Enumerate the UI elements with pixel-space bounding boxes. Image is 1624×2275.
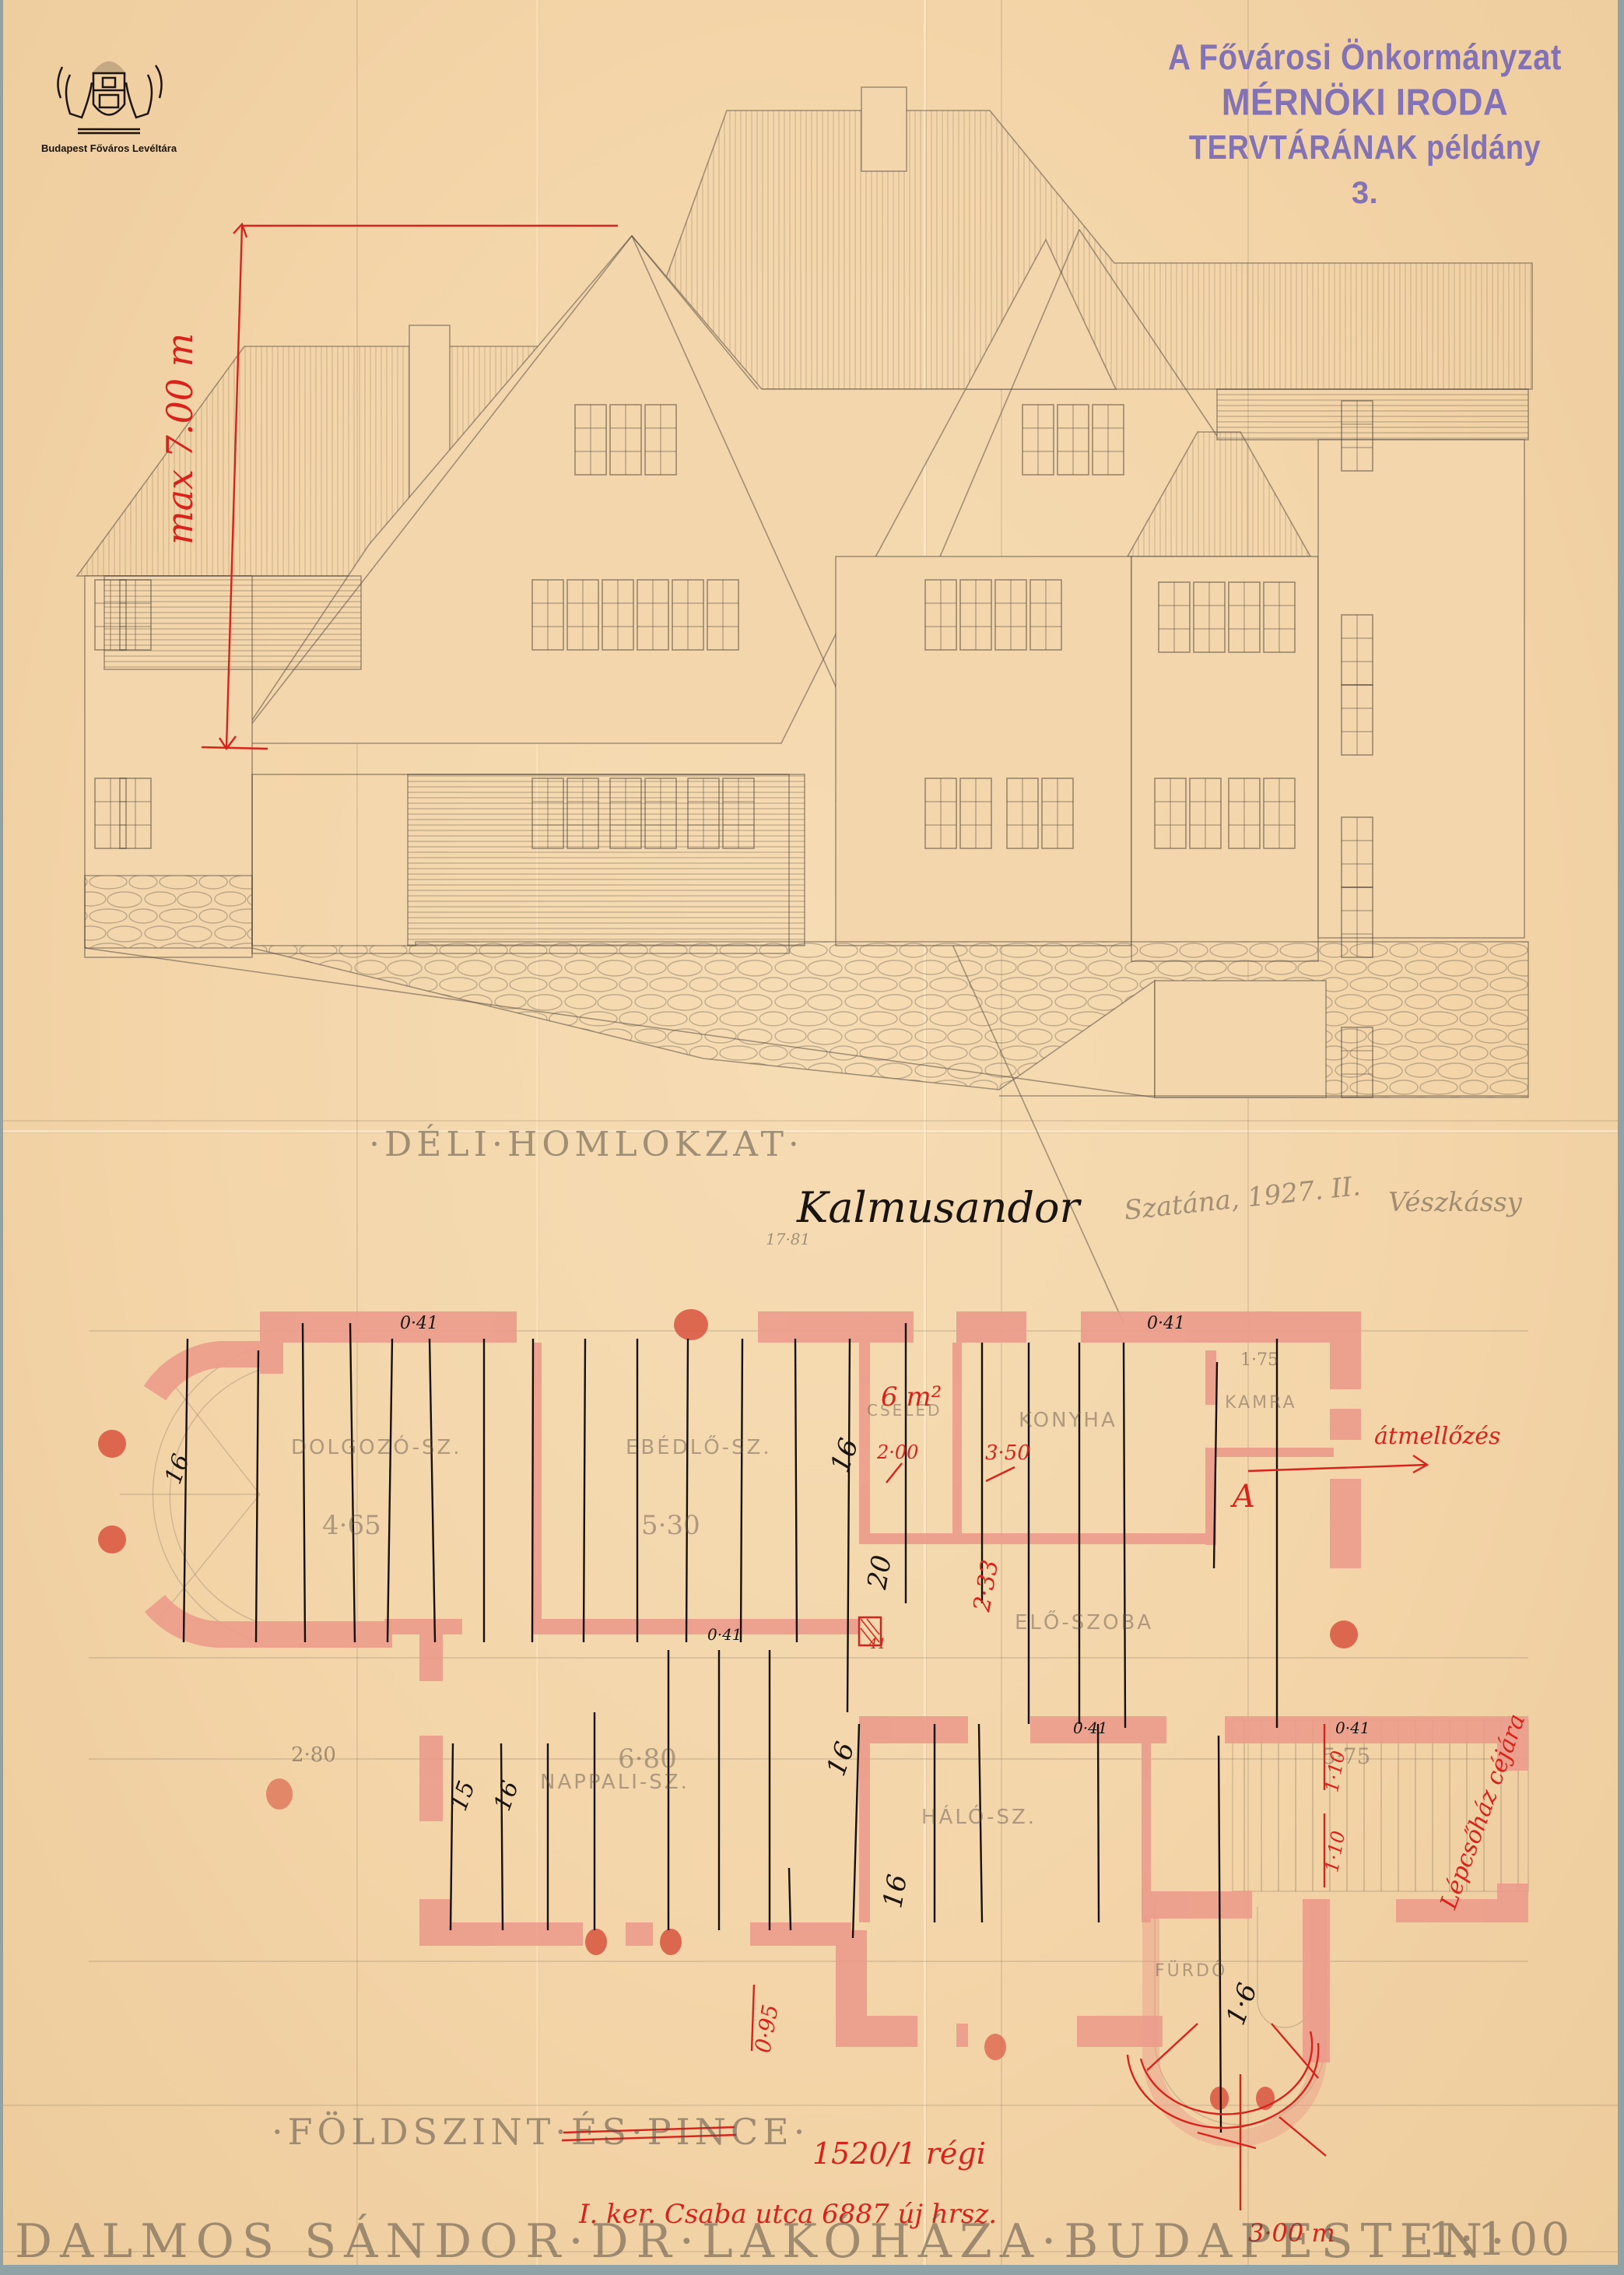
coat-of-arms-icon (47, 44, 171, 137)
wall-thickness-label: 0·41 (1335, 1719, 1370, 1737)
archive-logo: Budapest Főváros Levéltára (31, 44, 187, 154)
drawing-sheet: Budapest Főváros Levéltára A Fővárosi Ön… (3, 0, 1618, 2265)
beam-dimension: 20 (861, 1553, 898, 1592)
room-label-pantry: KAMRA (1225, 1393, 1297, 1413)
room-area-living: 6·80 (618, 1743, 677, 1775)
wall-thickness-label: 0·41 (1073, 1719, 1108, 1737)
section-marker: A (1233, 1479, 1255, 1515)
relocation-note: átmellőzés (1374, 1423, 1500, 1450)
approval-signature: Kalmusandor (797, 1183, 1079, 1232)
room-label-hall: ELŐ-SZOBA (1015, 1611, 1153, 1634)
stamp-line-3: TERVTÁRÁNAK példány (1116, 122, 1614, 174)
room-area-study: 4·65 (322, 1510, 381, 1541)
architect-signature: Vészkássy (1388, 1187, 1522, 1218)
room-label-study: DOLGOZÓ-SZ. (291, 1436, 462, 1459)
wall-41-label: 41 (868, 1636, 886, 1652)
wall-thickness-label: 0·41 (1147, 1314, 1185, 1333)
wall-thickness-label: 0·41 (400, 1314, 438, 1333)
room-label-kitchen: KONYHA (1019, 1409, 1117, 1432)
columns (98, 1309, 1358, 2110)
room-area-dining: 5·30 (641, 1510, 700, 1541)
room-label-bathroom: FÜRDŐ (1155, 1961, 1227, 1981)
stamp-line-2: MÉRNÖKI IRODA (1116, 78, 1614, 128)
elevation-title: ·DÉLI·HOMLOKZAT· (369, 1125, 804, 1164)
pantry-area: 1·75 (1240, 1350, 1279, 1370)
office-stamp: A Fővárosi Önkormányzat MÉRNÖKI IRODA TE… (1116, 35, 1614, 216)
old-parcel-number: 1520/1 régi (812, 2136, 986, 2171)
pencil-dimension: 2·80 (291, 1743, 336, 1767)
architectural-drawing (3, 0, 1618, 2265)
beam-dimension: 16 (877, 1872, 914, 1911)
max-height-label: max 7.00 m (159, 333, 201, 545)
room-label-bedroom: HÁLÓ-SZ. (921, 1806, 1036, 1829)
sheet-title: DALMOS SÁNDOR·DR·LAKÓHÁZA·BUDAPESTEN· (15, 2214, 1513, 2265)
servant-room-area: 6 m² (881, 1382, 942, 1413)
pencil-dimension: 17·81 (766, 1230, 810, 1248)
walls (260, 1311, 1528, 2063)
archive-logo-caption: Budapest Főváros Levéltára (31, 142, 187, 154)
stamp-copy-number: 3. (1116, 170, 1614, 216)
drawing-scale: 1:100 (1427, 2213, 1573, 2265)
floor-plan-title: ·FÖLDSZINT·ÉS·PINCE· (272, 2111, 809, 2153)
stamp-line-1: A Fővárosi Önkormányzat (1116, 32, 1614, 84)
kitchen-width: 3·50 (985, 1441, 1030, 1465)
servant-room-width: 2·00 (877, 1441, 918, 1463)
wall-thickness-label: 0·41 (707, 1625, 742, 1644)
room-label-dining: EBÉDLŐ-SZ. (626, 1436, 772, 1459)
